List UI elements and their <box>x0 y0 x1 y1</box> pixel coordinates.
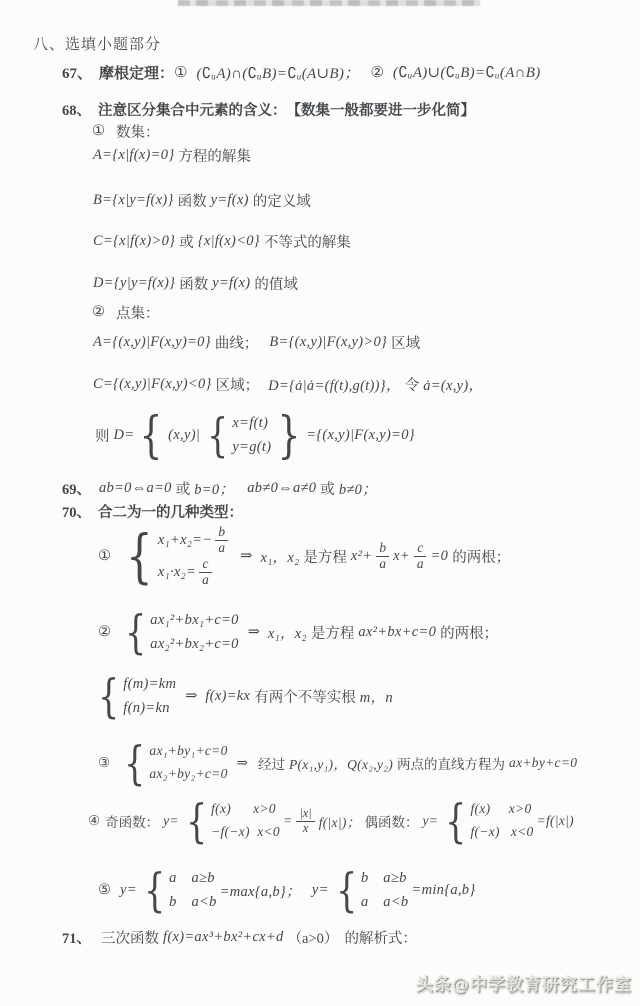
point-set-c: C={(x,y)|F(x,y)<0} <box>93 376 212 393</box>
point-set-b-desc: 区域 <box>391 332 420 353</box>
quadratic-system: { ax₁²+bx₁+c=0 ax₂²+bx₂+c=0 <box>121 608 239 657</box>
implies-arrow: ⇒ <box>248 624 260 641</box>
zero-product-1: ab=0⇔a=0 <box>99 480 172 497</box>
equation: ax²+bx+c=0 <box>358 624 436 641</box>
type-3-line: ③ { ax₁+by₁+c=0 ax₂+by₂+c=0 ⇒ 经过 P(x₁,y₁… <box>98 740 578 786</box>
item-68-sub1: ① 数集： <box>92 121 163 142</box>
set-c-formula: C={x|f(x)>0} <box>93 233 175 250</box>
system-row: y=g(t) <box>232 436 271 458</box>
left-brace: { <box>125 609 146 655</box>
item-70-title: 合二为一的几种类型： <box>98 501 243 522</box>
system-row: f(x) x>0 <box>470 799 533 820</box>
system-row: ax₁+by₁+c=0 <box>149 741 227 762</box>
system-row: a a≥b <box>169 867 217 889</box>
point-set-a: A={(x,y)|F(x,y)=0} <box>93 334 211 351</box>
implies-arrow: ⇒ <box>240 548 252 565</box>
is-equation-label: 是方程 <box>303 546 347 567</box>
set-a-line: A={x|f(x)=0} 方程的解集 <box>92 145 254 166</box>
set-c-desc: 不等式的解集 <box>264 231 351 252</box>
or-label: 或 <box>320 478 335 499</box>
item-68-sub2: ② 点集： <box>92 302 163 323</box>
y-equals: y= <box>312 882 329 899</box>
item-68-highlight: 【数集一般都要进一步化简】 <box>287 99 476 120</box>
max-result: =max{a,b}； <box>220 880 301 901</box>
set-d-desc-1: 函数 <box>179 273 208 294</box>
y-equals: y= <box>120 882 137 899</box>
system-row: f(m)=km <box>123 673 176 695</box>
item-68-title: 注意区分集合中元素的含义： <box>98 99 287 120</box>
item-70-number: 70、 <box>62 501 91 522</box>
item-67-title: 摩根定理： <box>99 62 174 83</box>
set-d-formula-2: y=f(x) <box>212 275 250 292</box>
item-70: 70、 合二为一的几种类型： <box>62 501 243 522</box>
system-row: f(−x) x<0 <box>470 822 533 843</box>
left-brace: { <box>98 673 119 719</box>
equation-part-1: x²+ <box>351 548 372 565</box>
set-d-formula: D={y|y=f(x)} <box>93 275 175 292</box>
nonzero-product-1: ab≠0⇔a≠0 <box>247 480 316 497</box>
system-row: x=f(t) <box>232 412 271 434</box>
system-row: ax₁²+bx₁+c=0 <box>150 609 238 631</box>
demorgan-formula-1: (∁ᵤA)∩(∁ᵤB)=∁ᵤ(A∪B)； <box>196 62 359 83</box>
item-71-number: 71、 <box>62 927 91 948</box>
f-abs-x: f(|x|)； <box>319 811 361 831</box>
type-1-line: ① { x₁+x₂=− ba x₁·x₂= ca ⇒ x₁，x₂ 是方程 x²+… <box>98 524 513 589</box>
analytic-form-label: 的解析式： <box>344 927 417 948</box>
type-2-line: ② { ax₁²+bx₁+c=0 ax₂²+bx₂+c=0 ⇒ x₁，x₂ 是方… <box>98 608 501 657</box>
points-pq: P(x₁,y₁)，Q(x₂,y₂) <box>289 753 393 773</box>
fraction-b-over-a: ba <box>376 541 389 571</box>
fraction-c-over-a: ca <box>414 541 427 571</box>
item-69-number: 69、 <box>62 478 91 499</box>
roots-mn: m，n <box>360 686 393 707</box>
type-5-line: ⑤ y= { a a≥b b a<b =max{a,b}； y= { b a≥b… <box>98 866 476 915</box>
demorgan-formula-2: (∁ᵤA)∪(∁ᵤB)=∁ᵤ(A∩B) <box>393 63 541 82</box>
then-d-line: 则 D= { (x,y)| { x=f(t) y=g(t) } ={(x,y)|… <box>92 410 416 460</box>
equals-f-abs-x: =f(|x|) <box>537 813 574 829</box>
line-system: { ax₁+by₁+c=0 ax₂+by₂+c=0 <box>120 740 228 786</box>
circled-2-marker: ② <box>92 304 105 321</box>
set-b-line: B={x|y=f(x)} 函数 y=f(x) 的定义域 <box>92 190 314 211</box>
system-row: b a≥b <box>361 867 409 889</box>
cubic-function-label: 三次函数 <box>101 927 159 948</box>
left-brace: { <box>140 410 163 460</box>
point-set-b: B={(x,y)|F(x,y)>0} <box>269 334 387 351</box>
even-function-label: 偶函数： <box>364 811 418 831</box>
point-set-c-desc: 区域； <box>216 374 260 395</box>
equals-sign: = <box>283 813 292 829</box>
set-c-line: C={x|f(x)>0} 或 {x|f(x)<0} 不等式的解集 <box>92 231 354 252</box>
vector-a-def: ȧ=(x,y)， <box>423 374 483 395</box>
set-b-desc-2: 的定义域 <box>253 190 311 211</box>
section-heading: 八、选填小题部分 <box>33 33 161 54</box>
y-equals: y= <box>163 813 179 829</box>
is-equation-label: 是方程 <box>311 622 355 643</box>
nonzero-product-2: b≠0； <box>339 478 377 499</box>
equation-part-3: =0 <box>431 548 449 565</box>
scanned-math-document: 八、选填小题部分 67、 摩根定理： ① (∁ᵤA)∩(∁ᵤB)=∁ᵤ(A∪B)… <box>0 0 640 1006</box>
system-row: −f(−x) x<0 <box>211 822 280 843</box>
d-equals: D= <box>114 427 135 444</box>
left-brace: { <box>144 867 165 913</box>
type-4-line: ④ 奇函数： y= { f(x) x>0 −f(−x) x<0 = |x|x f… <box>88 798 575 844</box>
circled-4-marker: ④ <box>88 813 100 829</box>
y-equals: y= <box>422 813 438 829</box>
odd-function-label: 奇函数： <box>105 811 159 831</box>
roots-vars: x₁，x₂ <box>268 622 307 643</box>
two-roots-label: 的两根； <box>452 546 510 567</box>
fm-km-system: { f(m)=km f(n)=kn <box>94 672 176 721</box>
two-unequal-roots-label: 有两个不等实根 <box>254 686 356 707</box>
system-row: ax₂²+bx₂+c=0 <box>150 633 238 655</box>
a-positive-condition: （a>0） <box>288 927 339 948</box>
cubic-formula: f(x)=ax³+bx²+cx+d <box>163 929 284 946</box>
odd-piecewise-system: { f(x) x>0 −f(−x) x<0 <box>182 798 280 844</box>
left-brace: { <box>186 798 207 844</box>
set-b-formula: B={x|y=f(x)} <box>93 192 174 209</box>
parametric-system: { x=f(t) y=g(t) <box>203 411 271 460</box>
circled-1-marker: ① <box>98 548 111 565</box>
system-row: f(n)=kn <box>123 697 176 719</box>
two-roots-label: 的两根； <box>440 622 498 643</box>
through-label: 经过 <box>258 753 285 773</box>
implies-arrow: ⇒ <box>237 755 248 771</box>
fm-km-line: { f(m)=km f(n)=kn ⇒ f(x)=kx 有两个不等实根 m，n <box>92 672 394 721</box>
circled-3-marker: ③ <box>98 755 110 771</box>
fraction-absx-over-x: |x|x <box>296 807 314 835</box>
line-equation: ax+by+c=0 <box>509 755 577 771</box>
sub2-label: 点集： <box>116 302 160 323</box>
left-brace: { <box>336 867 357 913</box>
scan-artifact-top <box>178 0 480 6</box>
let-label: 令 <box>405 374 420 395</box>
or-label: 或 <box>176 478 191 499</box>
right-brace: } <box>278 410 301 460</box>
equation-part-2: x+ <box>393 548 410 565</box>
item-71: 71、 三次函数 f(x)=ax³+bx²+cx+d （a>0） 的解析式： <box>62 927 420 948</box>
set-a-desc: 方程的解集 <box>178 145 251 166</box>
implies-arrow: ⇒ <box>185 688 197 705</box>
point-set-d: D={ȧ|ȧ=(f(t),g(t))}， <box>268 374 401 395</box>
point-set-cd-line: C={(x,y)|F(x,y)<0} 区域； D={ȧ|ȧ=(f(t),g(t)… <box>92 374 484 395</box>
system-row: f(x) x>0 <box>211 799 280 820</box>
min-system: { b a≥b a a<b <box>332 866 409 915</box>
set-d-line: D={y|y=f(x)} 函数 y=f(x) 的值域 <box>92 273 301 294</box>
zero-product-2: b=0； <box>194 478 234 499</box>
left-brace: { <box>207 412 228 458</box>
circled-2-marker: ② <box>98 624 111 641</box>
then-label: 则 <box>95 425 110 446</box>
set-b-formula-2: y=f(x) <box>211 192 249 209</box>
system-row: a a<b <box>361 891 409 913</box>
system-row: b a<b <box>169 891 217 913</box>
min-result: =min{a,b} <box>411 882 475 899</box>
point-set-a-desc: 曲线； <box>215 332 259 353</box>
result-set: ={(x,y)|F(x,y)=0} <box>306 427 415 444</box>
set-d-desc-2: 的值域 <box>254 273 298 294</box>
roots-vars: x₁，x₂ <box>260 546 299 567</box>
system-row: ax₂+by₂+c=0 <box>149 764 227 785</box>
vieta-system: { x₁+x₂=− ba x₁·x₂= ca <box>121 524 231 589</box>
item-69: 69、 ab=0⇔a=0 或 b=0； ab≠0⇔a≠0 或 b≠0； <box>62 478 378 499</box>
system-row: x₁·x₂= ca <box>158 557 231 587</box>
sub1-label: 数集： <box>116 121 160 142</box>
even-piecewise-system: { f(x) x>0 f(−x) x<0 <box>441 798 533 844</box>
item-67: 67、 摩根定理： ① (∁ᵤA)∩(∁ᵤB)=∁ᵤ(A∪B)； ② (∁ᵤA)… <box>62 62 542 83</box>
left-brace: { <box>126 527 153 585</box>
circled-1-marker: ① <box>92 123 105 140</box>
fraction-b-over-a: ba <box>215 525 228 555</box>
left-brace: { <box>124 740 145 786</box>
set-c-or: 或 <box>179 231 194 252</box>
set-a-formula: A={x|f(x)=0} <box>93 147 174 164</box>
circled-2-marker: ② <box>370 63 383 82</box>
left-brace: { <box>445 798 466 844</box>
line-equation-label: 两点的直线方程为 <box>397 753 505 773</box>
xy-bar: (x,y)| <box>168 427 200 444</box>
fraction-c-over-a: ca <box>199 557 212 587</box>
set-b-desc-1: 函数 <box>178 190 207 211</box>
system-row: x₁+x₂=− ba <box>158 525 231 555</box>
item-68: 68、 注意区分集合中元素的含义： 【数集一般都要进一步化简】 <box>62 99 475 120</box>
max-system: { a a≥b b a<b <box>140 866 217 915</box>
point-set-ab-line: A={(x,y)|F(x,y)=0} 曲线； B={(x,y)|F(x,y)>0… <box>92 332 423 353</box>
item-68-number: 68、 <box>62 99 91 120</box>
set-c-formula-2: {x|f(x)<0} <box>198 233 260 250</box>
item-67-number: 67、 <box>62 62 92 83</box>
circled-5-marker: ⑤ <box>98 882 111 899</box>
fx-kx-formula: f(x)=kx <box>205 688 250 705</box>
toutiao-watermark: 头条@中学教育研究工作室 <box>416 970 632 995</box>
circled-1-marker: ① <box>174 63 187 82</box>
